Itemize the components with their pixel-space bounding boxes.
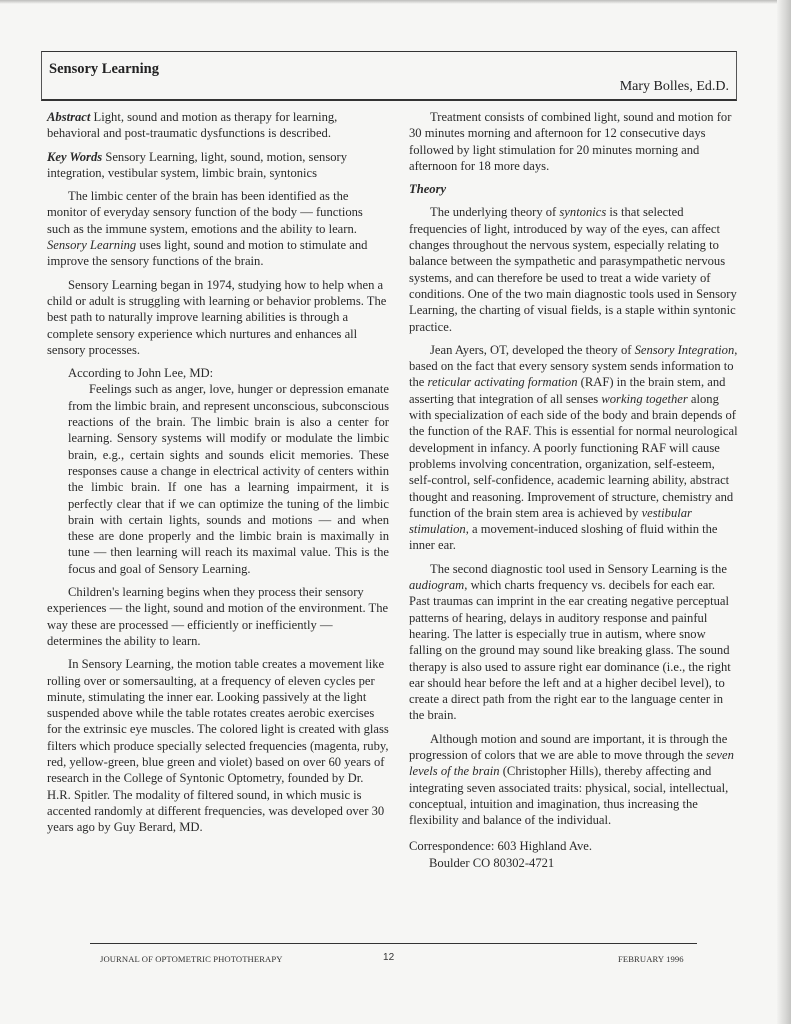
- italic-run: working together: [601, 392, 687, 406]
- paragraph-audiogram: The second diagnostic tool used in Senso…: [409, 561, 739, 724]
- text-run: , which charts frequency vs. decibels fo…: [409, 578, 731, 722]
- paragraph-motion-table: In Sensory Learning, the motion table cr…: [47, 656, 389, 835]
- block-quote: Feelings such as anger, love, hunger or …: [68, 381, 389, 577]
- text-run: Although motion and sound are important,…: [409, 732, 727, 762]
- abstract-text: Light, sound and motion as therapy for l…: [47, 110, 337, 140]
- key-words: Key Words Sensory Learning, light, sound…: [47, 149, 389, 182]
- abstract-label: Abstract: [47, 110, 90, 124]
- text-run: The second diagnostic tool used in Senso…: [430, 562, 727, 576]
- paragraph-history: Sensory Learning began in 1974, studying…: [47, 277, 389, 358]
- correspondence-line-1: Correspondence: 603 Highland Ave.: [409, 839, 592, 853]
- text-run: is that selected frequencies of light, i…: [409, 205, 737, 333]
- italic-run: Sensory Integration: [635, 343, 735, 357]
- italic-run: audiogram: [409, 578, 464, 592]
- paragraph-colors: Although motion and sound are important,…: [409, 731, 739, 829]
- paragraph-syntonics: The underlying theory of syntonics is th…: [409, 204, 739, 334]
- paragraph-treatment: Treatment consists of combined light, so…: [409, 109, 739, 174]
- footer-journal-name: JOURNAL OF OPTOMETRIC PHOTOTHERAPY: [100, 954, 283, 964]
- right-column: Treatment consists of combined light, so…: [409, 109, 739, 878]
- quote-attribution: According to John Lee, MD:: [68, 365, 389, 381]
- correspondence-line-2: Boulder CO 80302-4721: [429, 856, 554, 870]
- page-edge-top: [0, 0, 791, 4]
- section-heading-theory: Theory: [409, 181, 739, 197]
- footer-rule: [90, 943, 697, 944]
- footer-issue-date: FEBRUARY 1996: [618, 954, 684, 964]
- italic-run: syntonics: [559, 205, 606, 219]
- text-run: Jean Ayers, OT, developed the theory of: [430, 343, 635, 357]
- left-column: Abstract Light, sound and motion as ther…: [47, 109, 389, 842]
- article-title: Sensory Learning: [49, 61, 159, 78]
- page-edge-shadow: [777, 0, 791, 1024]
- text-run: The underlying theory of: [430, 205, 559, 219]
- key-words-label: Key Words: [47, 150, 102, 164]
- article-author: Mary Bolles, Ed.D.: [620, 79, 729, 95]
- text-run: The limbic center of the brain has been …: [47, 189, 363, 236]
- correspondence: Correspondence: 603 Highland Ave. Boulde…: [409, 838, 739, 871]
- abstract: Abstract Light, sound and motion as ther…: [47, 109, 389, 142]
- paragraph-sensory-integration: Jean Ayers, OT, developed the theory of …: [409, 342, 739, 554]
- footer-page-number: 12: [383, 952, 394, 963]
- article-header-box: Sensory Learning Mary Bolles, Ed.D.: [41, 51, 737, 101]
- paragraph-limbic-center: The limbic center of the brain has been …: [47, 188, 389, 269]
- paragraph-children-learning: Children's learning begins when they pro…: [47, 584, 389, 649]
- text-run: along with specialization of each side o…: [409, 392, 738, 520]
- italic-run: reticular activating formation: [428, 375, 578, 389]
- italic-run: Sensory Learning: [47, 238, 136, 252]
